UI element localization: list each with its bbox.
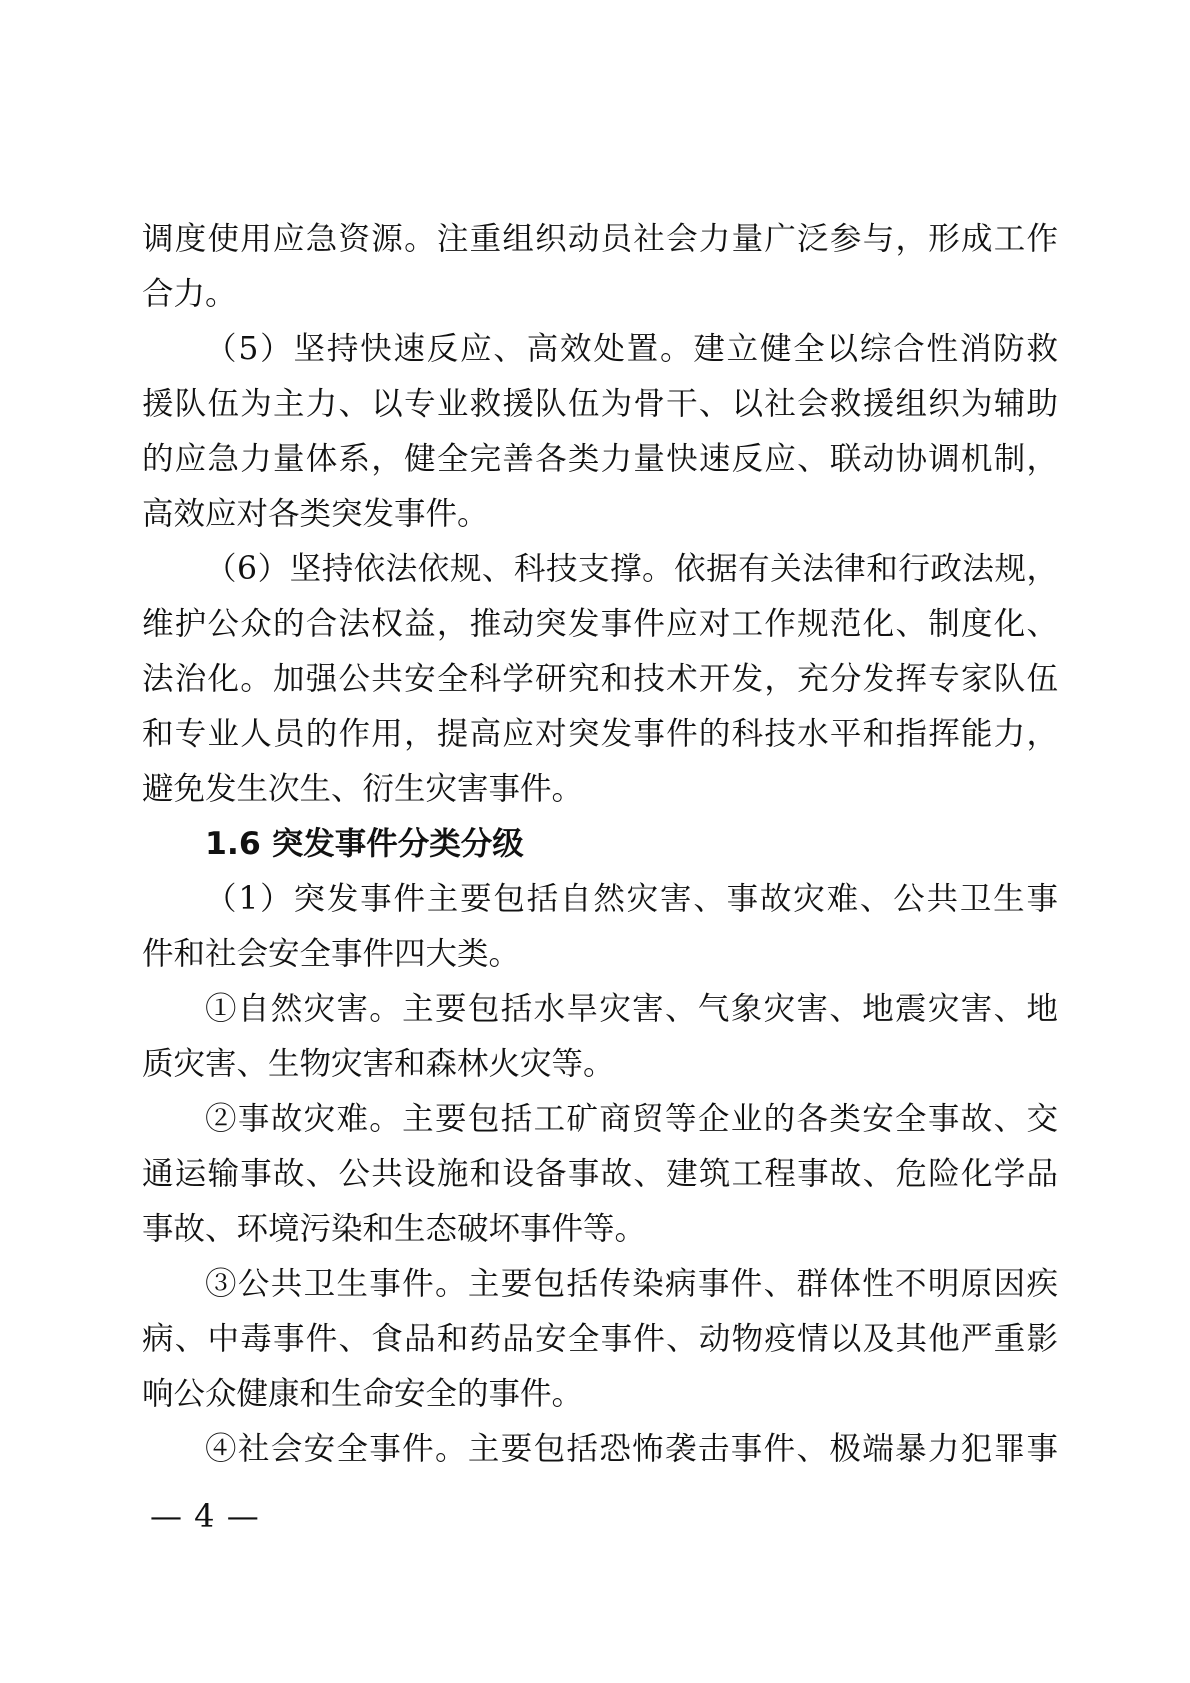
text-line: 调度使用应急资源。注重组织动员社会力量广泛参与，形成工作 bbox=[142, 212, 1058, 267]
text-line: 合力。 bbox=[142, 267, 1058, 322]
text-line: 高效应对各类突发事件。 bbox=[142, 487, 1058, 542]
paragraph: ④社会安全事件。主要包括恐怖袭击事件、极端暴力犯罪事 bbox=[142, 1422, 1058, 1477]
text-line: （6）坚持依法依规、科技支撑。依据有关法律和行政法规， bbox=[142, 542, 1058, 597]
paragraph: （1）突发事件主要包括自然灾害、事故灾难、公共卫生事件和社会安全事件四大类。 bbox=[142, 872, 1058, 982]
text-line: 维护公众的合法权益，推动突发事件应对工作规范化、制度化、 bbox=[142, 597, 1058, 652]
text-line: （1）突发事件主要包括自然灾害、事故灾难、公共卫生事 bbox=[142, 872, 1058, 927]
text-line: 援队伍为主力、以专业救援队伍为骨干、以社会救援组织为辅助 bbox=[142, 377, 1058, 432]
document-body: 调度使用应急资源。注重组织动员社会力量广泛参与，形成工作合力。（5）坚持快速反应… bbox=[142, 212, 1058, 1477]
text-line: 响公众健康和生命安全的事件。 bbox=[142, 1367, 1058, 1422]
page-number: — 4 — bbox=[150, 1492, 260, 1540]
paragraph: ①自然灾害。主要包括水旱灾害、气象灾害、地震灾害、地质灾害、生物灾害和森林火灾等… bbox=[142, 982, 1058, 1092]
text-line: ③公共卫生事件。主要包括传染病事件、群体性不明原因疾 bbox=[142, 1257, 1058, 1312]
text-line: 避免发生次生、衍生灾害事件。 bbox=[142, 762, 1058, 817]
text-line: 病、中毒事件、食品和药品安全事件、动物疫情以及其他严重影 bbox=[142, 1312, 1058, 1367]
text-line: 的应急力量体系，健全完善各类力量快速反应、联动协调机制， bbox=[142, 432, 1058, 487]
text-line: 和专业人员的作用，提高应对突发事件的科技水平和指挥能力， bbox=[142, 707, 1058, 762]
text-line: ①自然灾害。主要包括水旱灾害、气象灾害、地震灾害、地 bbox=[142, 982, 1058, 1037]
text-line: 法治化。加强公共安全科学研究和技术开发，充分发挥专家队伍 bbox=[142, 652, 1058, 707]
text-line: 质灾害、生物灾害和森林火灾等。 bbox=[142, 1037, 1058, 1092]
document-page: 调度使用应急资源。注重组织动员社会力量广泛参与，形成工作合力。（5）坚持快速反应… bbox=[0, 0, 1190, 1683]
text-line: 事故、环境污染和生态破坏事件等。 bbox=[142, 1202, 1058, 1257]
text-line: ④社会安全事件。主要包括恐怖袭击事件、极端暴力犯罪事 bbox=[142, 1422, 1058, 1477]
text-line: 通运输事故、公共设施和设备事故、建筑工程事故、危险化学品 bbox=[142, 1147, 1058, 1202]
section-heading: 1.6 突发事件分类分级 bbox=[142, 817, 1058, 872]
paragraph: ③公共卫生事件。主要包括传染病事件、群体性不明原因疾病、中毒事件、食品和药品安全… bbox=[142, 1257, 1058, 1422]
text-line: （5）坚持快速反应、高效处置。建立健全以综合性消防救 bbox=[142, 322, 1058, 377]
text-line: 件和社会安全事件四大类。 bbox=[142, 927, 1058, 982]
text-line: ②事故灾难。主要包括工矿商贸等企业的各类安全事故、交 bbox=[142, 1092, 1058, 1147]
paragraph: （5）坚持快速反应、高效处置。建立健全以综合性消防救援队伍为主力、以专业救援队伍… bbox=[142, 322, 1058, 542]
paragraph: ②事故灾难。主要包括工矿商贸等企业的各类安全事故、交通运输事故、公共设施和设备事… bbox=[142, 1092, 1058, 1257]
paragraph: 调度使用应急资源。注重组织动员社会力量广泛参与，形成工作合力。 bbox=[142, 212, 1058, 322]
paragraph: （6）坚持依法依规、科技支撑。依据有关法律和行政法规，维护公众的合法权益，推动突… bbox=[142, 542, 1058, 817]
text-line: 1.6 突发事件分类分级 bbox=[142, 817, 1058, 872]
